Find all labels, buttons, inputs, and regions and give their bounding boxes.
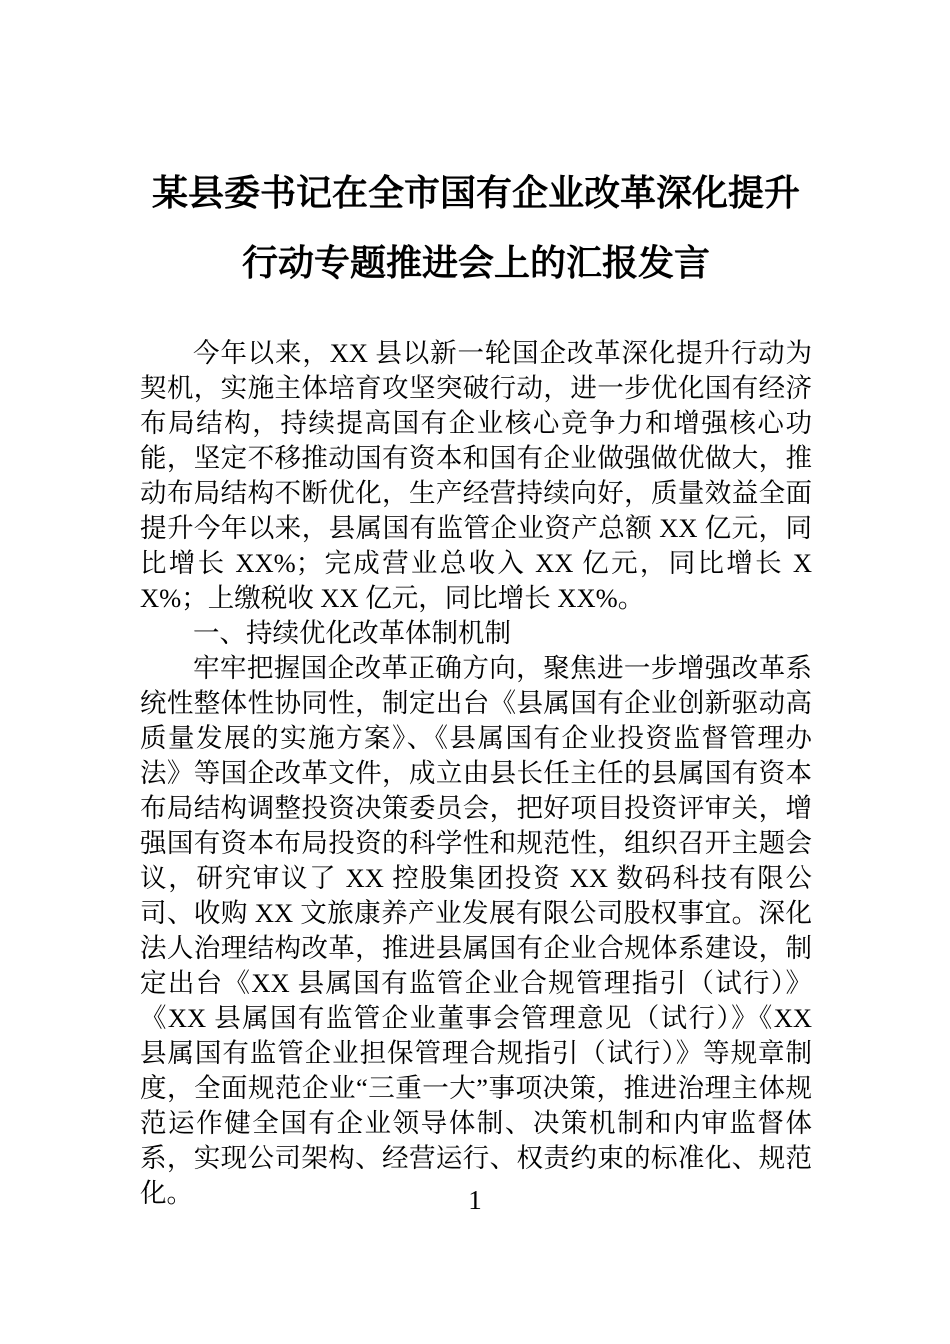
- document-content: 某县委书记在全市国有企业改革深化提升 行动专题推进会上的汇报发言 今年以来，XX…: [0, 158, 950, 1211]
- document-title: 某县委书记在全市国有企业改革深化提升 行动专题推进会上的汇报发言: [140, 158, 812, 298]
- page-number: 1: [0, 1184, 950, 1216]
- document-title-line-2: 行动专题推进会上的汇报发言: [140, 228, 812, 298]
- paragraph-section-1: 牢牢把握国企改革正确方向，聚焦进一步增强改革系统性整体性协同性，制定出台《县属国…: [140, 651, 812, 1211]
- document-page: 某县委书记在全市国有企业改革深化提升 行动专题推进会上的汇报发言 今年以来，XX…: [0, 0, 950, 1344]
- document-body: 今年以来，XX 县以新一轮国企改革深化提升行动为契机，实施主体培育攻坚突破行动，…: [140, 336, 812, 1211]
- section-heading-1: 一、持续优化改革体制机制: [140, 616, 812, 651]
- document-title-line-1: 某县委书记在全市国有企业改革深化提升: [140, 158, 812, 228]
- paragraph-intro: 今年以来，XX 县以新一轮国企改革深化提升行动为契机，实施主体培育攻坚突破行动，…: [140, 336, 812, 616]
